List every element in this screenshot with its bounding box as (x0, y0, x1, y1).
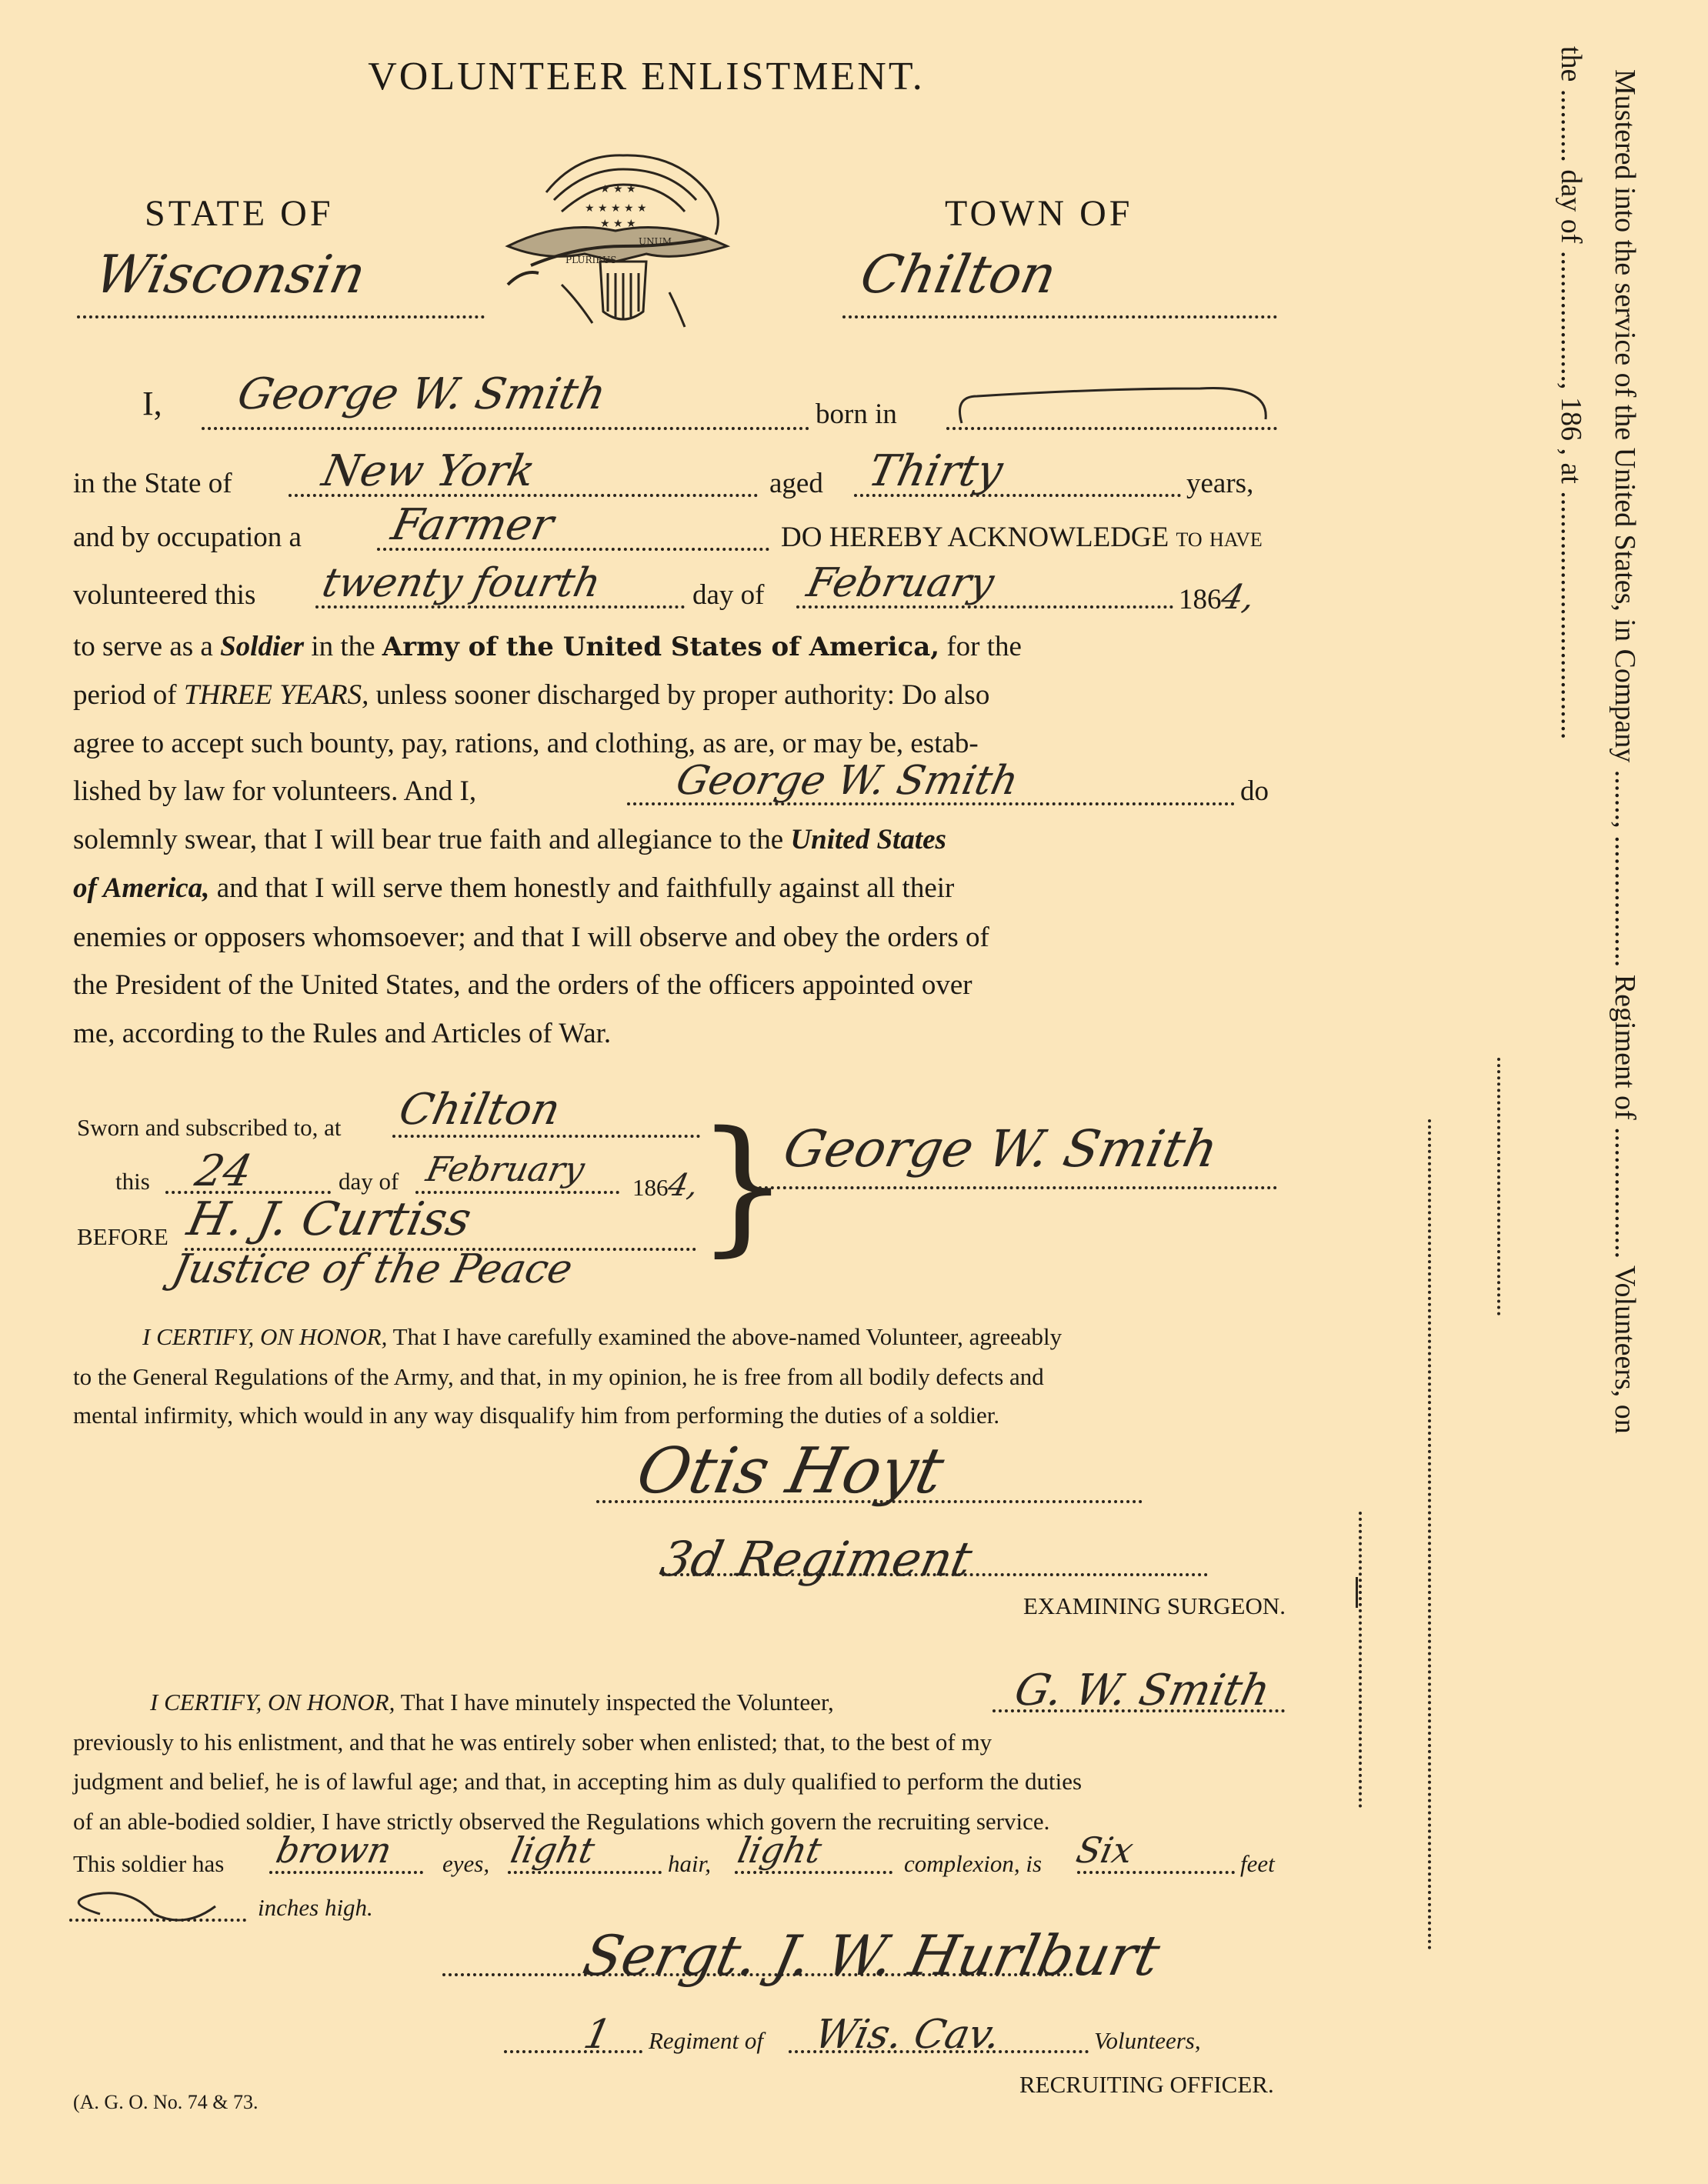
surgeon-cert-line1: I CERTIFY, ON HONOR, That I have careful… (142, 1323, 1062, 1351)
complexion-label-text: complexion, is (904, 1850, 1042, 1877)
sworn-place-field[interactable]: Chilton (395, 1085, 565, 1135)
period-years: THREE YEARS, (184, 679, 369, 711)
state-value[interactable]: Wisconsin (90, 245, 371, 305)
volunteered-label: volunteered this (73, 581, 255, 609)
recruiter-line1: That I have minutely inspected the Volun… (401, 1689, 834, 1716)
state-field-line (77, 315, 485, 318)
complexion-label: complexion, is (904, 1850, 1042, 1878)
bounty-line: agree to accept such bounty, pay, ration… (73, 729, 979, 758)
surgeon-signature[interactable]: Otis Hoyt (631, 1435, 950, 1508)
serve-soldier: Soldier (220, 631, 304, 662)
brace-divider: } (696, 1100, 789, 1270)
aged-label: aged (769, 469, 823, 498)
muster-blank-line-3[interactable] (1359, 1512, 1362, 1808)
muster-text-line1: Mustered into the service of the United … (1608, 69, 1642, 2162)
day-of-label: day of (692, 581, 765, 609)
inspected-volunteer-line (992, 1709, 1285, 1712)
serve-in: in the (311, 631, 375, 662)
i-label: I, (142, 387, 162, 421)
name-field[interactable]: George W. Smith (233, 369, 610, 419)
complexion-field[interactable]: light (734, 1829, 825, 1871)
hair-line (508, 1871, 662, 1874)
acknowledge-text: DO HEREBY ACKNOWLEDGE to have (781, 523, 1263, 552)
serve-army: Army of the United States of America, (382, 632, 939, 662)
occupation-label: and by occupation a (73, 523, 302, 552)
svg-text:★ ★ ★: ★ ★ ★ (600, 183, 636, 195)
height-inches-field[interactable] (69, 1883, 246, 1922)
year-suffix-field[interactable]: 4, (1218, 581, 1257, 615)
regiment-state-line (789, 2050, 1089, 2053)
state-label: STATE OF (145, 192, 334, 235)
eyes-field[interactable]: brown (272, 1829, 395, 1871)
muster-blank-line-2[interactable] (1428, 1119, 1431, 1950)
period-line: period of THREE YEARS, unless sooner dis… (73, 681, 989, 709)
serve-line: to serve as a Soldier in the Army of the… (73, 632, 1022, 661)
occupation-field[interactable]: Farmer (387, 500, 558, 550)
feet-label: feet (1240, 1850, 1275, 1878)
volunteered-day-line (315, 605, 685, 609)
document-title: VOLUNTEER ENLISTMENT. (0, 54, 1293, 99)
sworn-label: Sworn and subscribed to, at (77, 1114, 342, 1142)
inches-label: inches high. (258, 1894, 373, 1922)
enemies-line: enemies or opposers whomsoever; and that… (73, 923, 989, 952)
law-line-post: do (1240, 777, 1269, 805)
town-label: TOWN OF (945, 192, 1133, 235)
age-field-line (854, 494, 1181, 497)
height-feet-line (1077, 1871, 1235, 1874)
serve-pre: to serve as a (73, 631, 213, 662)
svg-text:PLURIBUS: PLURIBUS (565, 255, 616, 265)
recruiter-signature-line (442, 1973, 1073, 1976)
regiment-number-line (504, 2050, 642, 2053)
swear-pre: solemnly swear, that I will bear true fa… (73, 824, 783, 855)
occupation-line (377, 548, 769, 551)
volunteer-signature[interactable]: George W. Smith (779, 1119, 1223, 1179)
before-label: BEFORE (77, 1223, 168, 1251)
height-feet-field[interactable]: Six (1073, 1829, 1137, 1871)
serve-post: for the (946, 631, 1022, 662)
recruiter-cert-line2: previously to his enlistment, and that h… (73, 1729, 992, 1756)
has-label: This soldier has (73, 1850, 224, 1878)
eyes-label: eyes, (442, 1850, 489, 1878)
recruiter-signature[interactable]: Sergt. J. W. Hurlburt (578, 1923, 1166, 1988)
sworn-day-field[interactable]: 24 (191, 1146, 256, 1196)
hair-label: hair, (668, 1850, 711, 1878)
before-official-field[interactable]: H. J. Curtiss (183, 1192, 476, 1246)
america-line: of America, and that I will serve them h… (73, 874, 954, 902)
surgeon-regiment[interactable]: 3d Regiment (656, 1531, 977, 1587)
born-in-field[interactable] (946, 381, 1277, 430)
recruiter-certify-lead: I CERTIFY, ON HONOR, (150, 1689, 395, 1716)
eagle-seal-icon: ★ ★ ★★ ★ ★ ★ ★★ ★ ★ PLURIBUS UNUM (492, 146, 739, 338)
president-line: the President of the United States, and … (73, 971, 972, 999)
surgeon-line1: That I have carefully examined the above… (393, 1323, 1062, 1350)
hair-field[interactable]: light (507, 1829, 598, 1871)
born-in-label: born in (816, 400, 897, 428)
inches-label-text: inches high. (258, 1894, 373, 1921)
swear-line: solemnly swear, that I will bear true fa… (73, 825, 946, 854)
surgeon-certify-lead: I CERTIFY, ON HONOR, (142, 1323, 387, 1350)
recruiting-officer-title: RECRUITING OFFICER. (1019, 2071, 1274, 2099)
birth-state-field[interactable]: New York (318, 446, 539, 496)
svg-text:UNUM: UNUM (639, 236, 672, 247)
volunteered-day-field[interactable]: twenty fourth (319, 560, 605, 606)
surgeon-signature-line (596, 1500, 1143, 1503)
margin-tick (1356, 1577, 1358, 1608)
volunteered-month-line (796, 605, 1173, 609)
town-field-line (842, 315, 1277, 318)
recruiter-cert-line1: I CERTIFY, ON HONOR, That I have minutel… (150, 1689, 834, 1716)
swear-us: United States (790, 824, 946, 855)
america-post: and that I will serve them honestly and … (217, 872, 955, 904)
oath-name-line (627, 802, 1235, 805)
law-line-pre: lished by law for volunteers. And I, (73, 777, 476, 805)
period-post: unless sooner discharged by proper autho… (376, 679, 990, 711)
state-of-label: in the State of (73, 469, 232, 498)
before-official-title: Justice of the Peace (168, 1246, 577, 1292)
volunteers-label: Volunteers, (1094, 2027, 1201, 2055)
years-label: years, (1186, 469, 1253, 498)
sworn-day-of-label: day of (339, 1168, 399, 1195)
eyes-line (269, 1871, 423, 1874)
name-field-line (202, 427, 809, 430)
regiment-of-label: Regiment of (649, 2027, 763, 2055)
this-label: this (115, 1168, 150, 1195)
birth-state-line (289, 494, 758, 497)
oath-name-field[interactable]: George W. Smith (672, 758, 1022, 804)
town-value[interactable]: Chilton (856, 245, 1062, 305)
svg-text:★ ★ ★: ★ ★ ★ (600, 218, 636, 230)
year-prefix: 186 (1179, 584, 1222, 615)
complexion-line (735, 1871, 892, 1874)
surgeon-cert-line3: mental infirmity, which would in any way… (73, 1402, 999, 1429)
sworn-year-prefix: 186 (632, 1174, 669, 1201)
recruiter-cert-line3: judgment and belief, he is of lawful age… (73, 1768, 1082, 1796)
rules-line: me, according to the Rules and Articles … (73, 1019, 611, 1048)
order-reference: (A. G. O. No. 74 & 73. (73, 2091, 259, 2114)
surgeon-regiment-line (662, 1573, 1208, 1576)
america-text: of America, (73, 872, 209, 904)
surgeon-cert-line2: to the General Regulations of the Army, … (73, 1363, 1044, 1391)
volunteered-month-field[interactable]: February (803, 560, 999, 606)
examining-surgeon-title: EXAMINING SURGEON. (1023, 1592, 1286, 1620)
sworn-month-field[interactable]: February (423, 1150, 589, 1189)
age-field[interactable]: Thirty (864, 446, 1007, 496)
muster-blank-line-1[interactable] (1497, 1058, 1500, 1315)
svg-text:★ ★ ★ ★ ★: ★ ★ ★ ★ ★ (585, 202, 647, 215)
inspected-volunteer-field[interactable]: G. W. Smith (1010, 1666, 1274, 1716)
sworn-place-line (392, 1135, 700, 1138)
muster-text-line2: the .......... day of ..................… (1554, 46, 1588, 892)
volunteer-signature-line (746, 1186, 1277, 1189)
period-pre: period of (73, 679, 177, 711)
